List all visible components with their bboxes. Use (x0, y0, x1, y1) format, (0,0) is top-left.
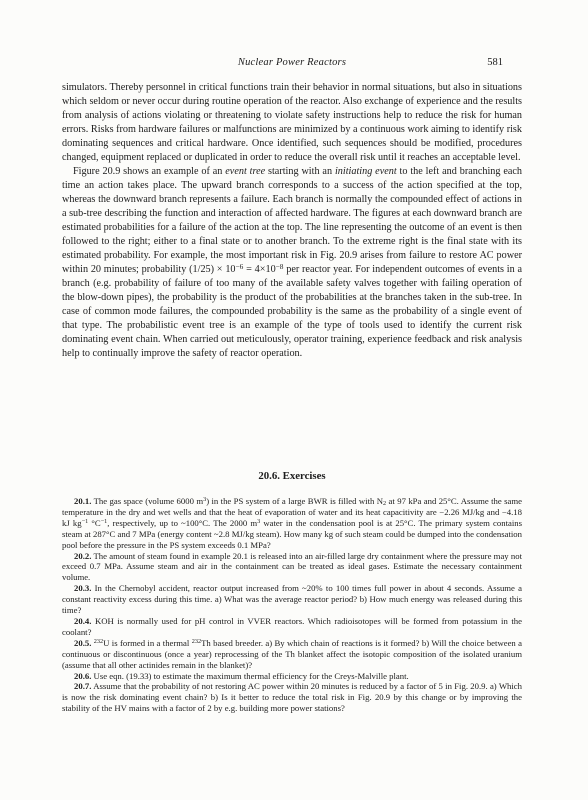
exercise-item: 20.3. In the Chernobyl accident, reactor… (62, 583, 522, 616)
running-title: Nuclear Power Reactors (62, 57, 522, 68)
body-paragraph: simulators. Thereby personnel in critica… (62, 81, 522, 165)
exercise-number: 20.4. (74, 616, 91, 626)
document-page: Nuclear Power Reactors 581 simulators. T… (0, 0, 588, 800)
exercise-item: 20.5. 232U is formed in a thermal 232Th … (62, 638, 522, 671)
exercise-item: 20.2. The amount of steam found in examp… (62, 551, 522, 584)
exercise-number: 20.6. (74, 671, 91, 681)
page-number: 581 (487, 57, 503, 68)
exercise-item: 20.4. KOH is normally used for pH contro… (62, 616, 522, 638)
body-text-block: simulators. Thereby personnel in critica… (62, 81, 522, 361)
exercise-number: 20.1. (74, 496, 91, 506)
exercise-item: 20.7. Assume that the probability of not… (62, 681, 522, 714)
section-heading: 20.6. Exercises (62, 470, 522, 482)
exercise-number: 20.5. (74, 638, 91, 648)
exercise-number: 20.7. (74, 681, 91, 691)
exercise-number: 20.2. (74, 551, 91, 561)
exercise-item: 20.6. Use eqn. (19.33) to estimate the m… (62, 671, 522, 682)
exercises-block: 20.1. The gas space (volume 6000 m3) in … (62, 496, 522, 714)
exercise-number: 20.3. (74, 583, 91, 593)
exercise-item: 20.1. The gas space (volume 6000 m3) in … (62, 496, 522, 551)
body-paragraph: Figure 20.9 shows an example of an event… (62, 165, 522, 361)
running-header: Nuclear Power Reactors 581 (62, 57, 522, 71)
